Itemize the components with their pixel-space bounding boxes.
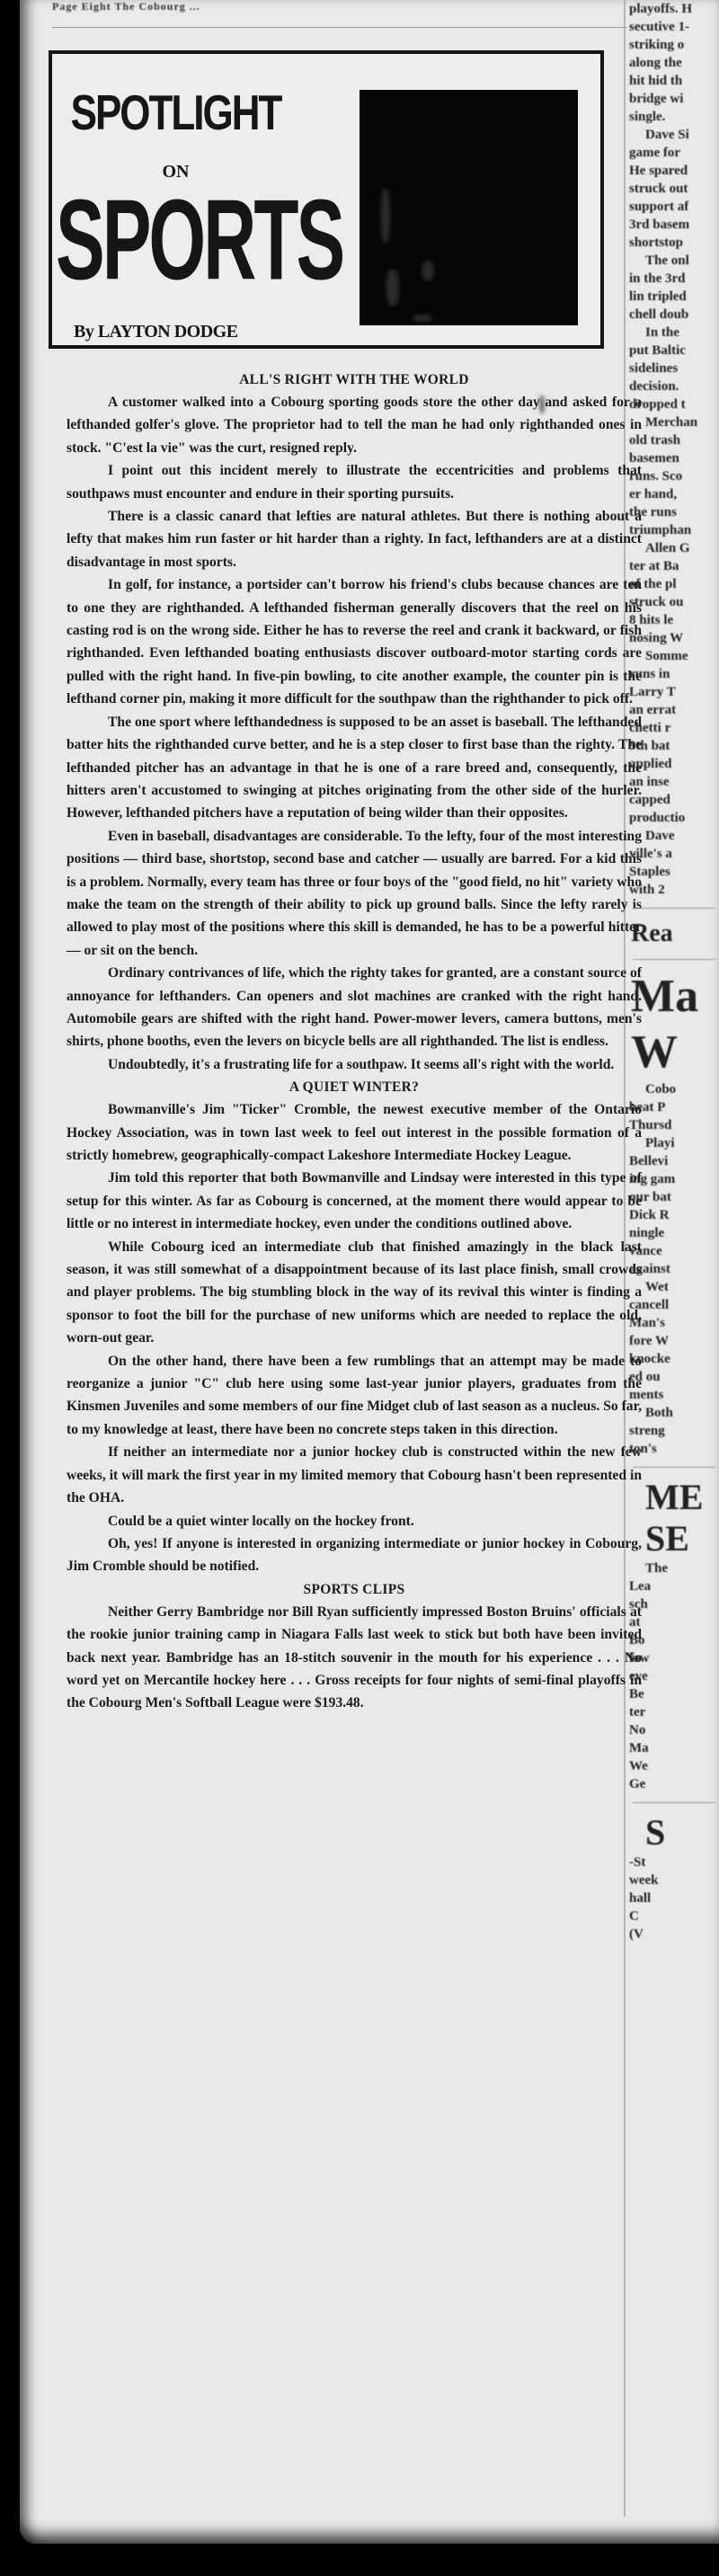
article-paragraph: Undoubtedly, it's a frustrating life for… <box>67 1053 642 1076</box>
adjacent-text-fragment: vance <box>629 1242 719 1260</box>
rule-divider <box>633 908 715 909</box>
adjacent-text-fragment: Dave Si <box>629 126 719 144</box>
adjacent-text-fragment: beat P <box>629 1098 719 1116</box>
adjacent-headline-3: S <box>645 1812 719 1853</box>
adjacent-text-fragment: 8 hits le <box>629 611 719 629</box>
adjacent-text-fragment: struck ou <box>629 593 719 611</box>
column-title-sports: SPORTS <box>56 184 298 298</box>
article-paragraph: Bowmanville's Jim "Ticker" Cromble, the … <box>67 1098 642 1167</box>
adjacent-text-fragment: chetti r <box>629 719 719 737</box>
adjacent-text-fragment: er hand, <box>629 485 719 503</box>
adjacent-text-fragment: ter at Ba <box>629 557 719 575</box>
adjacent-text-fragment: Dave <box>629 827 719 845</box>
adjacent-text-fragment: ter <box>629 1703 719 1721</box>
adjacent-text-fragment: We <box>629 1757 719 1775</box>
article-paragraph: While Cobourg iced an intermediate club … <box>67 1236 642 1350</box>
article-paragraph: There is a classic canard that lefties a… <box>67 505 642 573</box>
article-paragraph: Oh, yes! If anyone is interested in orga… <box>67 1532 642 1578</box>
adjacent-text-fragment: Merchan <box>629 413 719 431</box>
article-paragraph: Even in baseball, disadvantages are cons… <box>67 825 642 962</box>
adjacent-text-fragment: secutive 1- <box>629 18 719 36</box>
adjacent-text-fragment: ville's a <box>629 845 719 863</box>
article-body: ALL'S RIGHT WITH THE WORLDA customer wal… <box>67 369 642 1715</box>
article-paragraph: Could be a quiet winter locally on the h… <box>67 1510 642 1532</box>
adjacent-text-fragment: No <box>629 1721 719 1739</box>
adjacent-text-fragment: lin tripled <box>629 288 719 306</box>
adjacent-text-fragment: 9th bat <box>629 737 719 755</box>
adjacent-text-fragment: The <box>629 1559 719 1577</box>
adjacent-text-fragment: cancell <box>629 1296 719 1314</box>
adjacent-text-fragment: The onl <box>629 252 719 270</box>
adjacent-text-fragment: Wet <box>629 1278 719 1296</box>
adjacent-text-fragment: decision. <box>629 378 719 395</box>
byline: By LAYTON DODGE <box>74 322 238 342</box>
adjacent-text-fragment: at <box>629 1613 719 1631</box>
adjacent-text-fragment: Lea <box>629 1577 719 1595</box>
newspaper-page: Page Eight The Cobourg ... SPOTLIGHT ON … <box>20 0 719 2544</box>
adjacent-text-fragment: our bat <box>629 1188 719 1206</box>
adjacent-text-fragment: runs in <box>629 665 719 683</box>
adjacent-text-fragment: triumphan <box>629 521 719 539</box>
adjacent-text-fragment: against <box>629 1260 719 1278</box>
adjacent-text-fragment: fore W <box>629 1332 719 1350</box>
article-paragraph: Jim told this reporter that both Bowmanv… <box>67 1167 642 1235</box>
article-paragraph: A customer walked into a Cobourg sportin… <box>67 391 642 459</box>
article-paragraph: The one sport where lefthandedness is su… <box>67 711 642 825</box>
adjacent-text-fragment: Thursd <box>629 1116 719 1134</box>
adjacent-text-fragment: (V <box>629 1925 719 1943</box>
adjacent-headline-2: SE <box>645 1518 719 1559</box>
adjacent-text-fragment: Dick R <box>629 1206 719 1224</box>
adjacent-text-fragment: Man's <box>629 1314 719 1332</box>
adjacent-text-fragment: productio <box>629 809 719 827</box>
adjacent-text-fragment: He spared <box>629 162 719 180</box>
adjacent-text-fragment: sidelines <box>629 360 719 378</box>
adjacent-text-fragment: ing gam <box>629 1170 719 1188</box>
adjacent-headline: W <box>631 1025 719 1080</box>
adjacent-text-fragment: an inse <box>629 773 719 791</box>
adjacent-text-fragment: Playi <box>629 1134 719 1152</box>
column-title-spotlight: SPOTLIGHT <box>61 85 290 142</box>
adjacent-text-fragment: an errat <box>629 701 719 719</box>
adjacent-text-fragment: low <box>629 1649 719 1667</box>
adjacent-text-fragment: In the <box>629 324 719 342</box>
section-heading: ALL'S RIGHT WITH THE WORLD <box>67 369 642 391</box>
adjacent-text-fragment: single. <box>629 108 719 126</box>
adjacent-text-fragment: C <box>629 1907 719 1925</box>
article-paragraph: In golf, for instance, a portsider can't… <box>67 573 642 710</box>
adjacent-column: playoffs. Hsecutive 1-striking oalong th… <box>629 0 719 2517</box>
adjacent-text-fragment: week <box>629 1871 719 1889</box>
adjacent-headline: Ma <box>631 969 719 1025</box>
adjacent-text-fragment: -St <box>629 1853 719 1871</box>
adjacent-text-fragment: 3rd basem <box>629 216 719 234</box>
adjacent-text-fragment: support af <box>629 198 719 216</box>
adjacent-text-fragment: striking o <box>629 36 719 54</box>
adjacent-text-fragment: bridge wi <box>629 90 719 108</box>
adjacent-text-fragment: Both <box>629 1404 719 1422</box>
adjacent-text-fragment: Staples <box>629 863 719 881</box>
adjacent-text-fragment: Larry T <box>629 683 719 701</box>
adjacent-text-fragment: put Baltic <box>629 342 719 360</box>
adjacent-text-fragment: hall <box>629 1889 719 1907</box>
section-heading: SPORTS CLIPS <box>67 1578 642 1601</box>
adjacent-text-fragment: Cobo <box>629 1080 719 1098</box>
adjacent-text-fragment: Allen G <box>629 539 719 557</box>
article-paragraph: Ordinary contrivances of life, which the… <box>67 962 642 1053</box>
page-folio: Page Eight The Cobourg ... <box>52 0 200 13</box>
adjacent-text-fragment: in the 3rd <box>629 270 719 288</box>
adjacent-text-fragment: runs. Sco <box>629 467 719 485</box>
adjacent-text-fragment: Bo <box>629 1631 719 1649</box>
adjacent-text-fragment: ton's <box>629 1440 719 1458</box>
adjacent-text-fragment: eve <box>629 1667 719 1685</box>
adjacent-text-fragment: with 2 <box>629 881 719 899</box>
article-paragraph: On the other hand, there have been a few… <box>67 1350 642 1442</box>
top-rule-divider <box>52 27 627 28</box>
adjacent-text-fragment: knocke <box>629 1350 719 1368</box>
adjacent-text-fragment: chell doub <box>629 306 719 324</box>
article-paragraph: Neither Gerry Bambridge nor Bill Ryan su… <box>67 1601 642 1715</box>
adjacent-text-fragment: of the pl <box>629 575 719 593</box>
adjacent-text-fragment: along the <box>629 54 719 72</box>
adjacent-text-fragment: capped <box>629 791 719 809</box>
rule-divider <box>633 1467 715 1468</box>
adjacent-text-fragment: shortstop <box>629 234 719 252</box>
adjacent-text-fragment: nosing W <box>629 629 719 647</box>
adjacent-text-fragment: Somme <box>629 647 719 665</box>
rule-divider <box>633 1802 715 1803</box>
article-paragraph: If neither an intermediate nor a junior … <box>67 1441 642 1509</box>
adjacent-headline-kicker: Rea <box>631 918 719 950</box>
adjacent-text-fragment: the runs <box>629 503 719 521</box>
adjacent-text-fragment: Be <box>629 1685 719 1703</box>
adjacent-text-fragment: playoffs. H <box>629 0 719 18</box>
adjacent-text-fragment: applied <box>629 755 719 773</box>
adjacent-headline-2: ME <box>645 1477 719 1518</box>
adjacent-text-fragment: sch <box>629 1595 719 1613</box>
adjacent-text-fragment: Ge <box>629 1775 719 1793</box>
adjacent-text-fragment: hit hid th <box>629 72 719 90</box>
adjacent-text-fragment: Ma <box>629 1739 719 1757</box>
adjacent-text-fragment: basemen <box>629 449 719 467</box>
adjacent-text-fragment: ed ou <box>629 1368 719 1386</box>
section-heading: A QUIET WINTER? <box>67 1076 642 1098</box>
adjacent-text-fragment: old trash <box>629 431 719 449</box>
adjacent-text-fragment: ningle <box>629 1224 719 1242</box>
adjacent-text-fragment: streng <box>629 1422 719 1440</box>
adjacent-text-fragment: ments <box>629 1386 719 1404</box>
article-paragraph: I point out this incident merely to illu… <box>67 459 642 505</box>
adjacent-text-fragment: Bellevi <box>629 1152 719 1170</box>
rule-divider <box>633 959 715 960</box>
columnist-photo-icon <box>359 90 578 325</box>
adjacent-text-fragment: game for <box>629 144 719 162</box>
adjacent-text-fragment: struck out <box>629 180 719 198</box>
adjacent-text-fragment: dropped t <box>629 395 719 413</box>
